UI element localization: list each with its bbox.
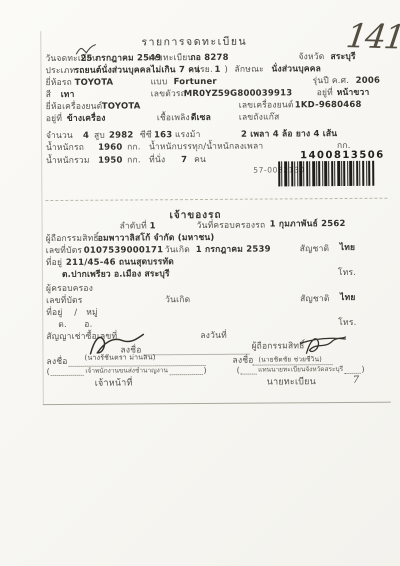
possessor-section-label: ผู้ครอบครอง	[46, 285, 93, 295]
type-code-value: 1	[214, 66, 220, 75]
owner-role-label: ผู้ถือกรรมสิทธิ์	[251, 342, 304, 352]
type-label: ประเภท	[45, 67, 75, 77]
seats-value: 7	[181, 156, 187, 165]
gross-weight-value: 1950	[98, 157, 123, 167]
possessor-house-slash: /	[74, 309, 77, 318]
horsepower-unit: แรงม้า	[175, 131, 201, 141]
scanned-registration-document: 141 รายการจดทะเบียน วันจดทะเบียน 25 กรกฎ…	[0, 0, 400, 566]
dotted-line	[345, 370, 360, 374]
vin-location-value: หน้าขวา	[337, 89, 370, 99]
document-title: รายการจดทะเบียน	[0, 36, 390, 50]
document-content: 141 รายการจดทะเบียน วันจดทะเบียน 25 กรกฎ…	[0, 0, 400, 566]
engine-brand-label: ยี่ห้อเครื่องยนต์	[46, 103, 103, 113]
order-value: 1	[150, 222, 156, 231]
owner-birth-label: วันเกิด	[165, 246, 190, 256]
paren-open: (	[47, 368, 50, 376]
vin-value: MR0YZ59G800039913	[184, 89, 293, 99]
model-value: Fortuner	[174, 78, 217, 88]
possessor-phone-label: โทร.	[338, 319, 356, 328]
year-value: 2006	[356, 77, 381, 87]
province-value: สระบุรี	[330, 53, 355, 63]
possessor-card-no-label: เลขที่บัตร	[46, 297, 82, 307]
gross-weight-label: น้ำหนักรวม	[46, 157, 90, 167]
engine-no-label: เลขเครื่องยนต์	[239, 101, 294, 111]
holder-name-value: อมพาวาลิสโก้ จำกัด (มหาชน)	[98, 234, 215, 244]
year-label: รุ่นปี ค.ศ.	[313, 77, 350, 87]
brand-value: TOYOTA	[75, 79, 114, 89]
paren-open: (	[237, 367, 240, 375]
registrar-on-behalf: แทนนายทะเบียนจังหวัดสระบุรี	[257, 366, 344, 374]
possessor-moo-label: หมู่	[86, 309, 98, 318]
seats-unit: คน	[194, 156, 206, 165]
cylinders-unit: สูบ	[94, 132, 105, 141]
body-style-label: ลักษณะ	[234, 66, 263, 76]
owner-birth-value: 1 กรกฎาคม 2539	[196, 246, 271, 256]
curb-weight-unit: กก.	[127, 143, 141, 152]
seats-label: ที่นั่ง	[149, 156, 165, 165]
curb-weight-value: 1960	[98, 144, 123, 154]
owner-phone-label: โทร.	[338, 269, 356, 278]
possessor-nationality-value: ไทย	[340, 294, 356, 303]
officer-role-label: เจ้าหน้าที่	[95, 379, 133, 389]
body-style-value: นั่งส่วนบุคคล	[271, 65, 321, 75]
possessor-tambon-label: ต.	[58, 321, 67, 330]
color-label: สี	[46, 91, 51, 100]
owner-nationality-value: ไทย	[340, 244, 356, 253]
order-label: ลำดับที่	[120, 222, 147, 232]
gross-weight-unit: กก.	[127, 156, 141, 165]
province-label: จังหวัด	[298, 53, 324, 63]
vin-label: เลขตัวรถ	[151, 90, 186, 100]
load-weight-label: น้ำหนักบรรทุก/น้ำหนักลงเพลา	[149, 143, 263, 153]
engine-brand-value: TOYOTA	[102, 102, 141, 112]
section-separator	[45, 198, 387, 201]
form-bottom-border	[43, 402, 391, 405]
vin-location-label: อยู่ที่	[317, 89, 333, 98]
registrar-sign-label: ลงชื่อ	[233, 357, 254, 366]
displacement-value: 2982	[109, 131, 134, 141]
possession-date-value: 1 กุมภาพันธ์ 2562	[270, 220, 346, 230]
possessor-address-label: ที่อยู่	[46, 309, 62, 318]
dotted-line	[170, 371, 203, 375]
cylinders-value: 4	[83, 132, 89, 141]
axles-wheels-value: 2 เพลา 4 ล้อ ยาง 4 เส้น	[241, 130, 337, 140]
type-code-close: )	[224, 66, 228, 75]
possessor-amphoe-label: อ.	[84, 321, 92, 330]
officer-title: เจ้าพนักงานขนส่งชำนาญงาน	[84, 367, 169, 375]
owner-card-no-label: เลขที่บัตร	[46, 247, 82, 257]
paren-close: )	[203, 367, 206, 375]
owner-nationality-label: สัญชาติ	[300, 245, 330, 255]
engine-location-label: อยู่ที่	[46, 115, 62, 124]
engine-no-value: 1KD-9680468	[295, 101, 362, 111]
plate-value: กอ 8278	[190, 54, 228, 64]
type-code-open: (รย.	[196, 66, 212, 75]
color-value: เทา	[61, 91, 75, 100]
possession-date-label: วันที่ครอบครองรถ	[197, 222, 266, 232]
handwritten-page-number: 7	[353, 375, 360, 386]
horsepower-value: 163	[154, 131, 172, 140]
contract-date-label: ลงวันที่	[200, 332, 227, 342]
registrar-signature-scribble	[298, 333, 346, 359]
curb-weight-label: น้ำหนักรถ	[46, 144, 84, 154]
officer-title-bracket: ( เจ้าพนักงานขนส่งชำนาญงาน )	[47, 367, 207, 376]
engine-location-value: ข้างเครื่อง	[67, 115, 106, 125]
owner-address-label: ที่อยู่	[46, 259, 62, 268]
dotted-line	[241, 371, 256, 375]
displacement-unit: ซีซี	[140, 131, 152, 140]
cylinders-label: จำนวน	[46, 132, 73, 142]
officer-name: (นางรัชันตรา ม่านสน)	[84, 354, 155, 362]
possessor-nationality-label: สัญชาติ	[300, 295, 330, 305]
type-value: รถยนต์นั่งส่วนบุคคลไม่เกิน 7 คน	[74, 66, 200, 76]
plate-label: เลขทะเบียน	[148, 54, 193, 64]
registrar-on-behalf-bracket: ( แทนนายทะเบียนจังหวัดสระบุรี )	[237, 366, 365, 375]
gas-tank-label: เลขถังแก๊ส	[239, 113, 280, 123]
registrar-role-label: นายทะเบียน	[267, 378, 316, 388]
barcode	[278, 161, 374, 187]
owner-address-line1: 211/45-46 ถนนสุดบรรทัด	[66, 258, 174, 268]
owner-card-no-value: 0107539000171	[84, 246, 164, 256]
fuel-value: ดีเซล	[191, 114, 211, 123]
paren-close: )	[361, 366, 364, 374]
handwritten-check-icon	[74, 44, 96, 56]
owner-address-line2: ต.ปากเพรียว อ.เมือง สระบุรี	[62, 270, 170, 280]
holder-label: ผู้ถือกรรมสิทธิ์	[46, 235, 99, 245]
fuel-label: เชื้อเพลิง	[157, 114, 190, 124]
model-label: แบบ	[151, 78, 168, 87]
dotted-line	[51, 372, 84, 376]
possessor-birth-label: วันเกิด	[165, 296, 190, 306]
officer-sign-label: ลงชื่อ	[47, 358, 68, 367]
barcode-number: 1400813506	[300, 150, 385, 162]
brand-label: ยี่ห้อรถ	[46, 79, 72, 89]
